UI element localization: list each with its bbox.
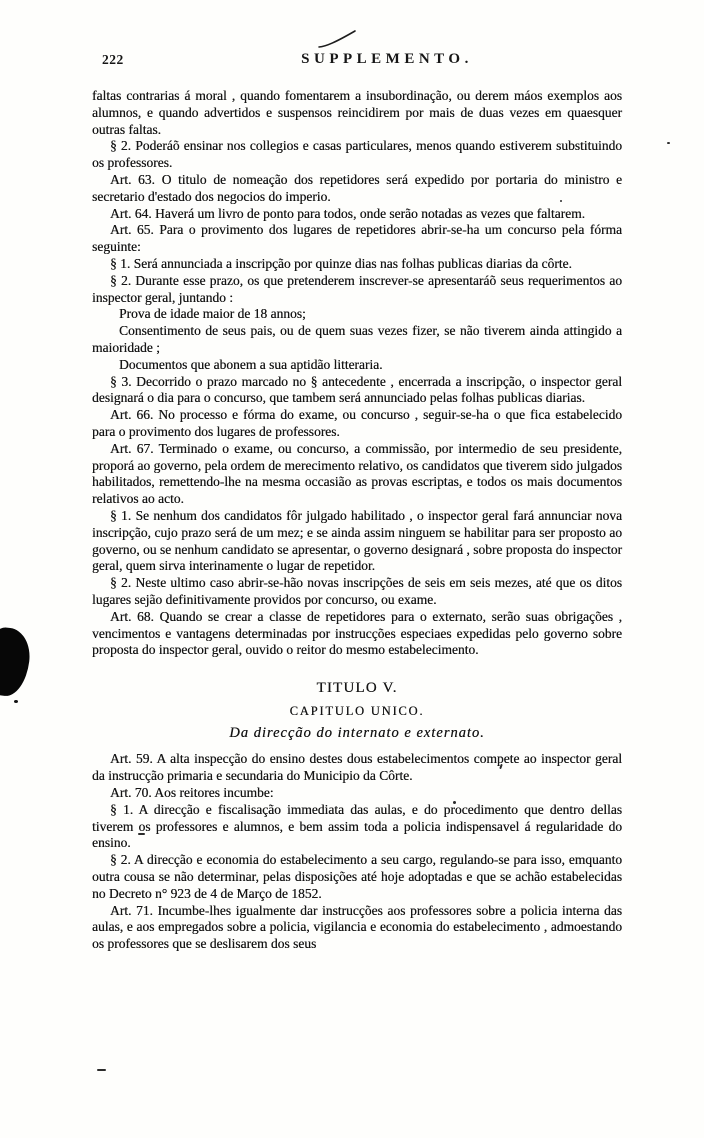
paragraph-s1-nenhum-candidato: § 1. Se nenhum dos candidatos fôr julgad… [92,508,622,575]
ink-speck [97,1069,106,1071]
paragraph-s2-prazo: § 2. Durante esse prazo, os que pretende… [92,273,622,307]
ink-dot-artifact [14,700,18,703]
paragraph-art-65: Art. 65. Para o provimento dos lugares d… [92,222,622,256]
paragraph-art-70: Art. 70. Aos reitores incumbe: [92,785,622,802]
ink-blob-artifact [0,626,33,699]
page-body: faltas contrarias á moral , quando fomen… [92,88,622,953]
ink-speck [453,801,456,804]
chapter-heading-capitulo-unico: CAPITULO UNICO. [92,703,622,720]
page-header: 222 SUPPLEMENTO. [92,52,622,72]
paragraph-s2-direccao-economia: § 2. A direcção e economia do estabeleci… [92,852,622,902]
list-item-documentos: Documentos que abonem a sua aptidão litt… [92,357,622,374]
paragraph-art-63: Art. 63. O titulo de nomeação dos repeti… [92,172,622,206]
ink-speck [560,200,562,202]
paragraph-art-67: Art. 67. Terminado o exame, ou concurso,… [92,441,622,508]
paragraph-art-71: Art. 71. Incumbe-lhes igualmente dar ins… [92,903,622,953]
chapter-subtitle-direccao: Da direcção do internato e externato. [92,725,622,742]
ink-speck [138,833,145,835]
section-title-titulo-v: TITULO V. [92,680,622,697]
paragraph-art-68: Art. 68. Quando se crear a classe de rep… [92,609,622,659]
paragraph-art-66: Art. 66. No processo e fórma do exame, o… [92,407,622,441]
paragraph-s2-novas-inscripcoes: § 2. Neste ultimo caso abrir-se-hão nova… [92,575,622,609]
pen-stroke-artifact [316,28,360,52]
list-item-prova-idade: Prova de idade maior de 18 annos; [92,306,622,323]
running-title: SUPPLEMENTO. [92,51,622,68]
paragraph-art-59: Art. 59. A alta inspecção do ensino dest… [92,751,622,785]
list-item-consentimento: Consentimento de seus pais, ou de quem s… [92,323,622,357]
paragraph-s2-collegios: § 2. Poderáõ ensinar nos collegios e cas… [92,138,622,172]
paragraph-s3-decorrido: § 3. Decorrido o prazo marcado no § ante… [92,374,622,408]
ink-speck [667,142,670,144]
paragraph-art-64: Art. 64. Haverá um livro de ponto para t… [92,206,622,223]
paragraph-continuation-faltas: faltas contrarias á moral , quando fomen… [92,88,622,138]
paragraph-s1-inscripcao: § 1. Será annunciada a inscripção por qu… [92,256,622,273]
scanned-document-page: 222 SUPPLEMENTO. faltas contrarias á mor… [0,0,704,1138]
paragraph-s1-direccao-fiscalisacao: § 1. A direcção e fiscalisação immediata… [92,802,622,852]
pen-stroke-icon [316,28,360,52]
